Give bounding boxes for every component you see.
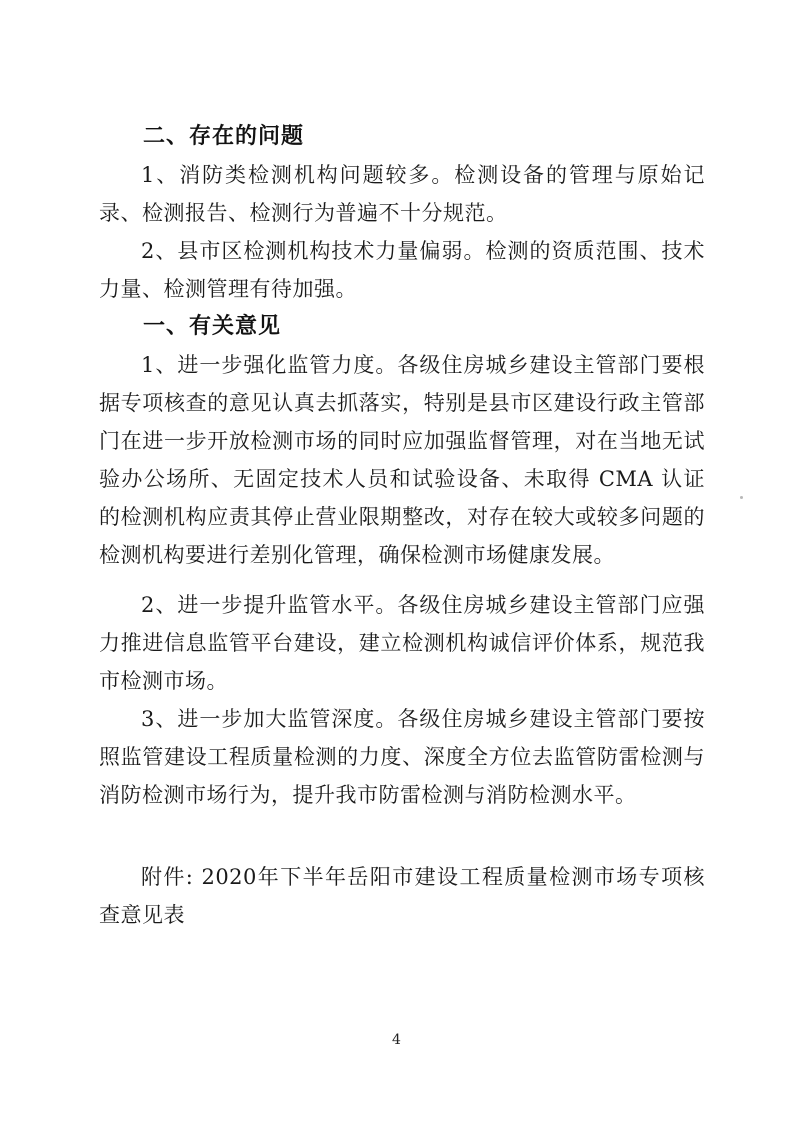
section-heading-opinions: 一、有关意见 xyxy=(99,308,705,346)
document-body: 二、存在的问题 1、消防类检测机构问题较多。检测设备的管理与原始记录、检测报告、… xyxy=(99,118,705,934)
section-heading-problems: 二、存在的问题 xyxy=(99,118,705,156)
paragraph-fire-inspection-issues: 1、消防类检测机构问题较多。检测设备的管理与原始记录、检测报告、检测行为普遍不十… xyxy=(99,156,705,232)
scan-artifact-dot xyxy=(740,496,743,499)
paragraph-opinion-strengthen-supervision: 1、进一步强化监管力度。各级住房城乡建设主管部门要根据专项核查的意见认真去抓落实… xyxy=(99,346,705,574)
page-number: 4 xyxy=(0,1032,793,1048)
paragraph-opinion-improve-supervision-level: 2、进一步提升监管水平。各级住房城乡建设主管部门应强力推进信息监管平台建设，建立… xyxy=(99,586,705,700)
paragraph-opinion-deepen-supervision: 3、进一步加大监管深度。各级住房城乡建设主管部门要按照监管建设工程质量检测的力度… xyxy=(99,700,705,814)
paragraph-county-agency-weakness: 2、县市区检测机构技术力量偏弱。检测的资质范围、技术力量、检测管理有待加强。 xyxy=(99,232,705,308)
document-page: 二、存在的问题 1、消防类检测机构问题较多。检测设备的管理与原始记录、检测报告、… xyxy=(0,0,793,1122)
attachment-note: 附件: 2020年下半年岳阳市建设工程质量检测市场专项核查意见表 xyxy=(99,858,705,934)
